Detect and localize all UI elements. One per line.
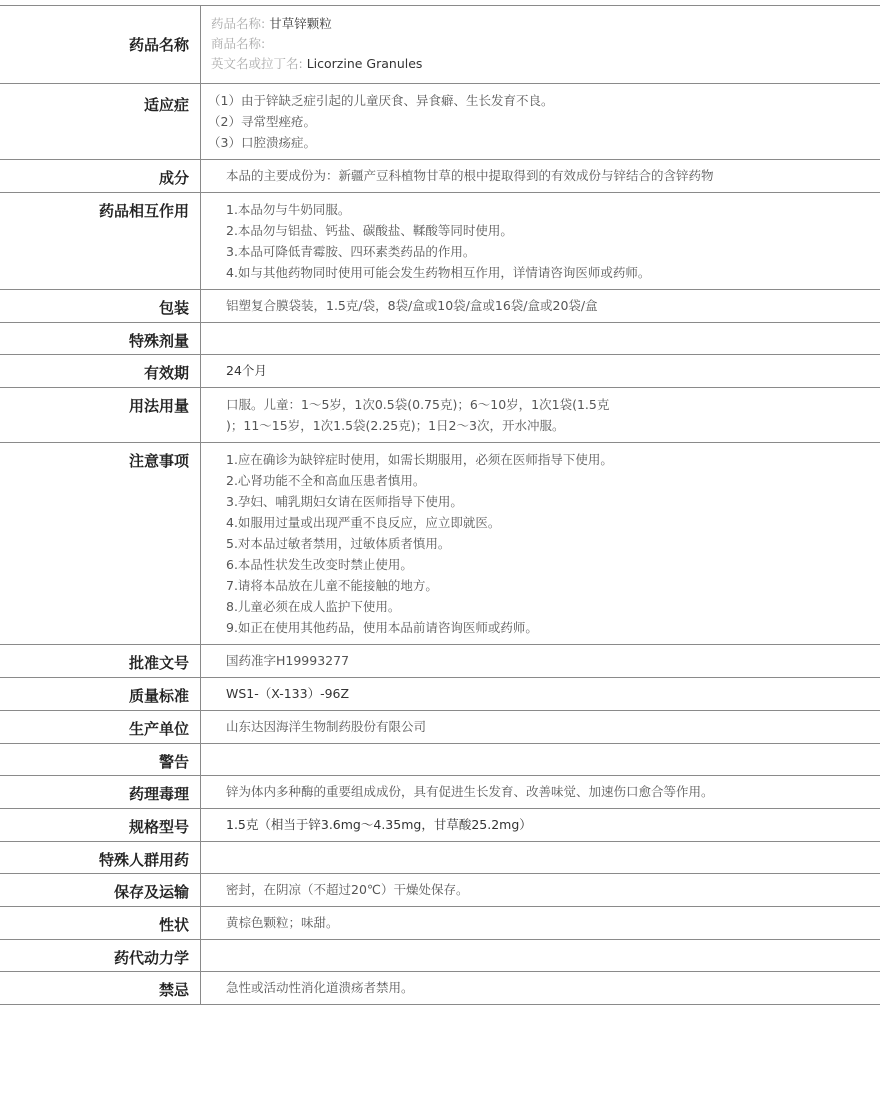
list-item: （3）口腔溃疡症。 [208, 132, 870, 153]
trade-name-label: 商品名称: [211, 36, 265, 51]
row-appearance: 性状 黄棕色颗粒；味甜。 [0, 907, 880, 940]
list-item: 6.本品性状发生改变时禁止使用。 [226, 554, 870, 575]
row-value: 1.本品勿与牛奶同服。 2.本品勿与铝盐、钙盐、碳酸盐、鞣酸等同时使用。 3.本… [201, 193, 880, 290]
row-usage: 用法用量 口服。儿童：1～5岁，1次0.5袋(0.75克)；6～10岁，1次1袋… [0, 388, 880, 443]
row-value: 山东达因海洋生物制药股份有限公司 [201, 711, 880, 744]
row-value: 黄棕色颗粒；味甜。 [201, 907, 880, 940]
row-drug-name: 药品名称 药品名称: 甘草锌颗粒 商品名称: 英文名或拉丁名: Licorzin… [0, 6, 880, 84]
row-pharmacokinetics: 药代动力学 [0, 940, 880, 972]
generic-name-value: 甘草锌颗粒 [269, 16, 332, 31]
trade-name: 商品名称: [211, 34, 870, 54]
row-value [201, 323, 880, 355]
row-label: 成分 [0, 160, 201, 193]
row-value: 密封，在阴凉（不超过20℃）干燥处保存。 [201, 874, 880, 907]
row-label: 适应症 [0, 84, 201, 160]
list-item: 2.心肾功能不全和高血压患者慎用。 [226, 470, 870, 491]
row-pharmacology: 药理毒理 锌为体内多种酶的重要组成成份，具有促进生长发育、改善味觉、加速伤口愈合… [0, 776, 880, 809]
row-precautions: 注意事项 1.应在确诊为缺锌症时使用，如需长期服用，必须在医师指导下使用。 2.… [0, 443, 880, 645]
usage-line: 口服。儿童：1～5岁，1次0.5袋(0.75克)；6～10岁，1次1袋(1.5克 [226, 394, 870, 415]
row-value: 24个月 [201, 355, 880, 388]
english-name: 英文名或拉丁名: Licorzine Granules [211, 54, 870, 74]
row-value [201, 744, 880, 776]
row-value: WS1-（X-133）-96Z [201, 678, 880, 711]
row-value: 药品名称: 甘草锌颗粒 商品名称: 英文名或拉丁名: Licorzine Gra… [201, 6, 880, 84]
row-value: （1）由于锌缺乏症引起的儿童厌食、异食癖、生长发育不良。 （2）寻常型痤疮。 （… [201, 84, 880, 160]
list-item: 3.本品可降低青霉胺、四环素类药品的作用。 [226, 241, 870, 262]
row-indications: 适应症 （1）由于锌缺乏症引起的儿童厌食、异食癖、生长发育不良。 （2）寻常型痤… [0, 84, 880, 160]
list-item: 8.儿童必须在成人监护下使用。 [226, 596, 870, 617]
row-value [201, 842, 880, 874]
row-label: 药代动力学 [0, 940, 201, 972]
list-item: 2.本品勿与铝盐、钙盐、碳酸盐、鞣酸等同时使用。 [226, 220, 870, 241]
row-label: 禁忌 [0, 972, 201, 1005]
row-label: 性状 [0, 907, 201, 940]
row-value: 口服。儿童：1～5岁，1次0.5袋(0.75克)；6～10岁，1次1袋(1.5克… [201, 388, 880, 443]
row-packaging: 包装 铝塑复合膜袋装，1.5克/袋，8袋/盒或10袋/盒或16袋/盒或20袋/盒 [0, 290, 880, 323]
usage-line: )；11～15岁，1次1.5袋(2.25克)；1日2～3次，开水冲服。 [226, 415, 870, 436]
row-interactions: 药品相互作用 1.本品勿与牛奶同服。 2.本品勿与铝盐、钙盐、碳酸盐、鞣酸等同时… [0, 193, 880, 290]
row-manufacturer: 生产单位 山东达因海洋生物制药股份有限公司 [0, 711, 880, 744]
row-value: 锌为体内多种酶的重要组成成份，具有促进生长发育、改善味觉、加速伤口愈合等作用。 [201, 776, 880, 809]
row-label: 包装 [0, 290, 201, 323]
row-value: 1.5克（相当于锌3.6mg～4.35mg，甘草酸25.2mg） [201, 809, 880, 842]
english-name-value: Licorzine Granules [307, 56, 423, 71]
row-storage: 保存及运输 密封，在阴凉（不超过20℃）干燥处保存。 [0, 874, 880, 907]
row-value [201, 940, 880, 972]
row-label: 规格型号 [0, 809, 201, 842]
row-special-dosage: 特殊剂量 [0, 323, 880, 355]
row-label: 质量标准 [0, 678, 201, 711]
row-contraindications: 禁忌 急性或活动性消化道溃疡者禁用。 [0, 972, 880, 1005]
list-item: 5.对本品过敏者禁用，过敏体质者慎用。 [226, 533, 870, 554]
generic-name-label: 药品名称: [211, 16, 265, 31]
row-ingredients: 成分 本品的主要成份为：新疆产豆科植物甘草的根中提取得到的有效成份与锌结合的含锌… [0, 160, 880, 193]
row-label: 注意事项 [0, 443, 201, 645]
list-item: 3.孕妇、哺乳期妇女请在医师指导下使用。 [226, 491, 870, 512]
row-label: 保存及运输 [0, 874, 201, 907]
list-item: 4.如服用过量或出现严重不良反应，应立即就医。 [226, 512, 870, 533]
row-label: 有效期 [0, 355, 201, 388]
list-item: 1.应在确诊为缺锌症时使用，如需长期服用，必须在医师指导下使用。 [226, 449, 870, 470]
list-item: 7.请将本品放在儿童不能接触的地方。 [226, 575, 870, 596]
row-label: 生产单位 [0, 711, 201, 744]
generic-name: 药品名称: 甘草锌颗粒 [211, 14, 870, 34]
row-quality-standard: 质量标准 WS1-（X-133）-96Z [0, 678, 880, 711]
row-value: 1.应在确诊为缺锌症时使用，如需长期服用，必须在医师指导下使用。 2.心肾功能不… [201, 443, 880, 645]
row-value: 铝塑复合膜袋装，1.5克/袋，8袋/盒或10袋/盒或16袋/盒或20袋/盒 [201, 290, 880, 323]
row-shelf-life: 有效期 24个月 [0, 355, 880, 388]
row-specification: 规格型号 1.5克（相当于锌3.6mg～4.35mg，甘草酸25.2mg） [0, 809, 880, 842]
row-value: 国药准字H19993277 [201, 645, 880, 678]
row-label: 特殊剂量 [0, 323, 201, 355]
list-item: 4.如与其他药物同时使用可能会发生药物相互作用，详情请咨询医师或药师。 [226, 262, 870, 283]
row-label: 警告 [0, 744, 201, 776]
row-label: 特殊人群用药 [0, 842, 201, 874]
english-name-label: 英文名或拉丁名: [211, 56, 303, 71]
row-label: 批准文号 [0, 645, 201, 678]
row-label: 药品相互作用 [0, 193, 201, 290]
row-label: 用法用量 [0, 388, 201, 443]
row-approval-number: 批准文号 国药准字H19993277 [0, 645, 880, 678]
row-label: 药理毒理 [0, 776, 201, 809]
row-label: 药品名称 [0, 6, 201, 84]
row-value: 急性或活动性消化道溃疡者禁用。 [201, 972, 880, 1005]
list-item: （2）寻常型痤疮。 [208, 111, 870, 132]
row-warning: 警告 [0, 744, 880, 776]
drug-spec-table: 药品名称 药品名称: 甘草锌颗粒 商品名称: 英文名或拉丁名: Licorzin… [0, 5, 880, 1005]
list-item: 1.本品勿与牛奶同服。 [226, 199, 870, 220]
list-item: 9.如正在使用其他药品，使用本品前请咨询医师或药师。 [226, 617, 870, 638]
list-item: （1）由于锌缺乏症引起的儿童厌食、异食癖、生长发育不良。 [208, 90, 870, 111]
row-special-population: 特殊人群用药 [0, 842, 880, 874]
row-value: 本品的主要成份为：新疆产豆科植物甘草的根中提取得到的有效成份与锌结合的含锌药物 [201, 160, 880, 193]
